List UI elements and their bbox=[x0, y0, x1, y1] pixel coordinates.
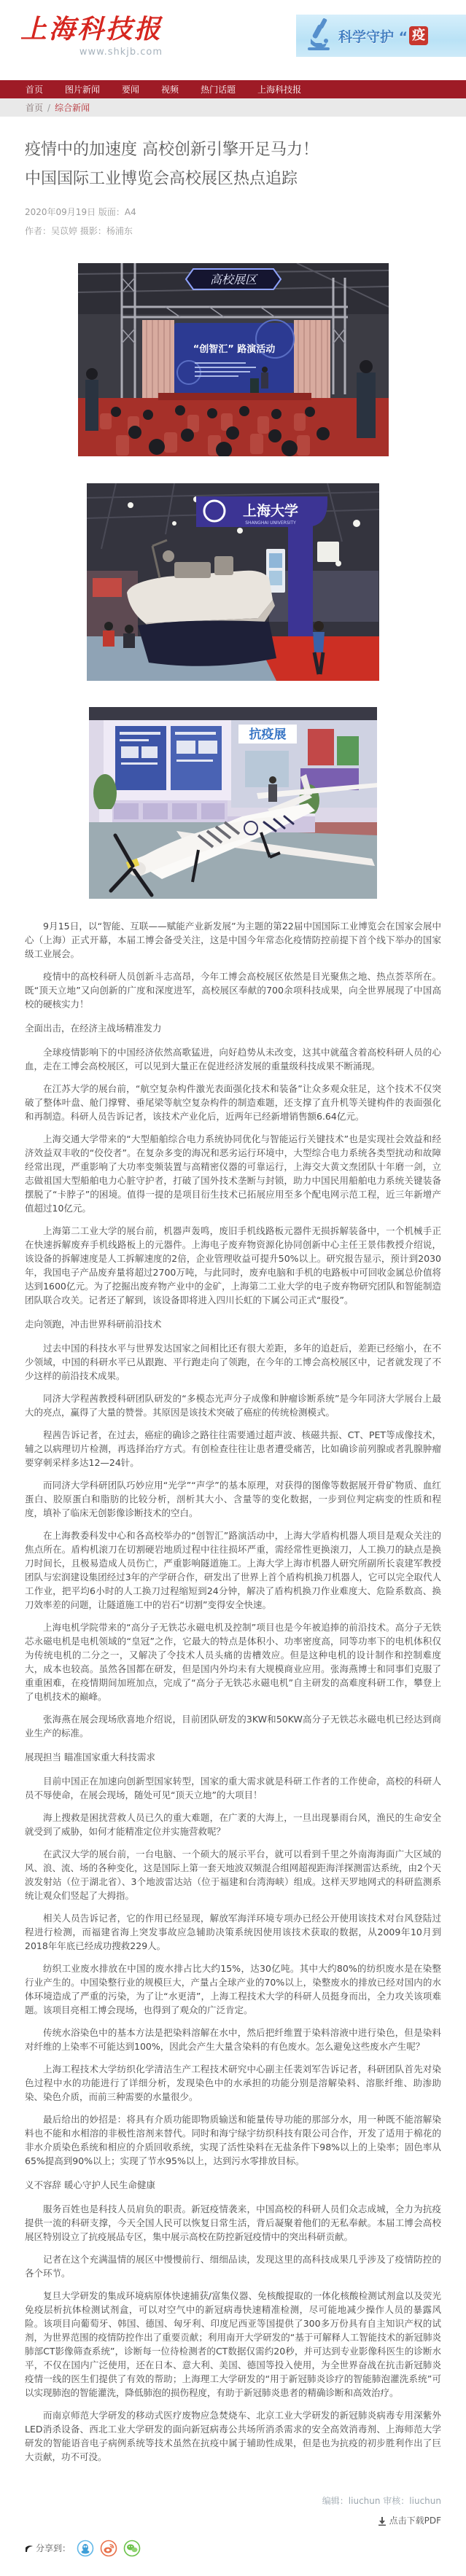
body-paragraph: 复旦大学研发的集成环境病原体快速捕获/富集仪器、免核酸提取的一体化核酸检测试剂盒… bbox=[25, 2289, 441, 2400]
shanghai-university-booth-photo: 上海大学 SHANGHAI UNIVERSITY bbox=[25, 483, 441, 681]
breadcrumb-separator: / bbox=[47, 103, 50, 113]
nav-item-5[interactable]: 上海科技报 bbox=[257, 83, 301, 95]
body-paragraph: 而南京师范大学研发的移动式医疗废物应急焚烧车、北京工业大学研发的新冠肺炎病毒专用… bbox=[25, 2408, 441, 2464]
body-paragraph: 全球疫情影响下的中国经济依然高歌猛进，向好趋势从未改变，这其中就蕴含着高校科研人… bbox=[25, 1045, 441, 1073]
editor-line: 编辑：liuchun 审核：liuchun bbox=[25, 2494, 441, 2507]
section-heading: 全面出击，在经济主战场精准发力 bbox=[25, 1021, 441, 1035]
nav-item-0[interactable]: 首页 bbox=[26, 83, 43, 95]
breadcrumb-current-link[interactable]: 综合新闻 bbox=[55, 101, 90, 114]
article-author-line: 作者：吴苡婷 摄影：杨浦东 bbox=[25, 224, 441, 238]
article-footer: 编辑：liuchun 审核：liuchun 点击下载PDF 分享到： bbox=[0, 2480, 466, 2576]
body-paragraph: 9月15日，以“智能、互联——赋能产业新发展”为主题的第22届中国国际工业博览会… bbox=[25, 919, 441, 961]
breadcrumb: 首页 / 综合新闻 bbox=[0, 98, 466, 117]
article-title-line1: 疫情中的加速度 高校创新引擎开足马力！ bbox=[25, 136, 441, 165]
uav-exhibit-photo: 抗疫展 bbox=[25, 707, 441, 899]
breadcrumb-home-link[interactable]: 首页 bbox=[26, 101, 43, 114]
svg-text:SHANGHAI UNIVERSITY: SHANGHAI UNIVERSITY bbox=[245, 520, 296, 526]
main-nav: 首页图片新闻要闻视频热门话题上海科技报 bbox=[0, 80, 466, 98]
site-header: 上海科技报 www.shkjb.com bbox=[0, 0, 466, 80]
share-arrow-icon bbox=[25, 2544, 34, 2553]
section-heading: 义不容辞 暖心守护人民生命健康 bbox=[25, 2178, 441, 2192]
site-logo-url: www.shkjb.com bbox=[20, 47, 163, 58]
article: 疫情中的加速度 高校创新引擎开足马力！ 中国国际工业博览会高校展区热点追踪 20… bbox=[0, 136, 466, 2480]
banner-text: 科学守护 “ bbox=[338, 26, 408, 46]
share-weibo-icon[interactable] bbox=[100, 2540, 117, 2557]
body-paragraph: 张海燕在展会现场欣喜地介绍说，目前团队研发的3KW和50KW高分子无铁芯永磁电机… bbox=[25, 1712, 441, 1740]
body-paragraph: 服务百姓也是科技人员肩负的职责。新冠疫情袭来，中国高校的科研人员们众志成城，全力… bbox=[25, 2202, 441, 2244]
body-paragraph: 上海交通大学带来的“大型船舶综合电力系统协同优化与智能运行关键技术”也是实现社会… bbox=[25, 1132, 441, 1215]
share-label: 分享到： bbox=[25, 2542, 71, 2554]
body-paragraph: 上海电机学院带来的“高分子无铁芯永磁电机及控制”项目也是今年被追捧的前沿技术。高… bbox=[25, 1620, 441, 1703]
body-paragraph: 海上搜救是困扰营救人员已久的重大难题，在广袤的大海上，一旦出现暴雨台风，渔民的生… bbox=[25, 1811, 441, 1838]
page: 上海科技报 www.shkjb.com bbox=[0, 0, 466, 2576]
article-body: 9月15日，以“智能、互联——赋能产业新发展”为主题的第22届中国国际工业博览会… bbox=[25, 919, 441, 2464]
body-paragraph: 程茜告诉记者，在过去，癌症的确诊之路往往需要通过超声波、核磁共振、CT、PET等… bbox=[25, 1428, 441, 1470]
nav-item-4[interactable]: 热门话题 bbox=[201, 83, 236, 95]
nav-item-1[interactable]: 图片新闻 bbox=[65, 83, 100, 95]
section-heading: 走向领跑，冲击世界科研前沿技术 bbox=[25, 1317, 441, 1331]
microscope-icon bbox=[303, 17, 335, 55]
promo-banner[interactable]: 科学守护 “ 疫 bbox=[296, 15, 466, 57]
nav-item-3[interactable]: 视频 bbox=[161, 83, 179, 95]
svg-text:抗疫展: 抗疫展 bbox=[249, 727, 287, 742]
svg-text:上海大学: 上海大学 bbox=[243, 502, 298, 519]
section-heading: 展现担当 瞄准国家重大科技需求 bbox=[25, 1750, 441, 1764]
body-paragraph: 记者在这个充满温情的展区中慢慢前行、细细品读，发现这里的高科技成果几乎涉及了疫情… bbox=[25, 2252, 441, 2280]
article-date-line: 2020年09月19日 版面：A4 bbox=[25, 205, 441, 219]
share-wechat-icon[interactable] bbox=[123, 2540, 141, 2557]
body-paragraph: 在江苏大学的展台前，“航空复杂构件激光表面强化技术和装备”让众多观众驻足，这个技… bbox=[25, 1082, 441, 1123]
banner-highlight: 疫 bbox=[409, 26, 428, 45]
svg-text:“创智汇” 路演活动: “创智汇” 路演活动 bbox=[193, 343, 275, 355]
body-paragraph: 疫情中的高校科研人员创新斗志高昂，今年工博会高校展区依然是目光聚焦之地、热点荟萃… bbox=[25, 969, 441, 1011]
site-logo-text: 上海科技报 bbox=[20, 13, 163, 45]
svg-text:高校展区: 高校展区 bbox=[209, 273, 257, 286]
body-paragraph: 在武汉大学的展台前，一台电脑、一个硕大的展示平台，就可以看到千里之外南海海面广大… bbox=[25, 1847, 441, 1902]
body-paragraph: 而同济大学科研团队巧妙应用“光学”“声学”的基本原理，对获得的图像等数据展开骨矿… bbox=[25, 1478, 441, 1520]
body-paragraph: 目前中国正在加速向创新型国家转型，国家的重大需求就是科研工作者的工作使命，高校的… bbox=[25, 1774, 441, 1802]
site-logo[interactable]: 上海科技报 www.shkjb.com bbox=[20, 13, 163, 58]
download-icon bbox=[378, 2515, 389, 2526]
body-paragraph: 上海工程技术大学纺织化学清洁生产工程技术研究中心副主任裴刘军告诉记者，科研团队首… bbox=[25, 2062, 441, 2104]
body-paragraph: 相关人员告诉记者，它的作用已经显现，解放军海洋环境专项办已经公开使用该技术对台风… bbox=[25, 1911, 441, 1953]
share-row: 分享到： bbox=[25, 2540, 441, 2557]
body-paragraph: 同济大学程茜教授科研团队研发的“多模态光声分子成像和肿瘤诊断系统”是今年同济大学… bbox=[25, 1392, 441, 1419]
nav-item-2[interactable]: 要闻 bbox=[122, 83, 139, 95]
roadshow-stage-photo: 高校展区 “创智汇” 路演活动 bbox=[25, 263, 441, 456]
body-paragraph: 在上海教委科发中心和各高校举办的“创智汇”路演活动中，上海大学盾构机器人项目是观… bbox=[25, 1529, 441, 1612]
body-paragraph: 传统水浴染色中的基本方法是把染料溶解在水中，然后把纤维置于染料溶液中进行染色，但… bbox=[25, 2026, 441, 2053]
download-pdf-button[interactable]: 点击下载PDF bbox=[25, 2514, 441, 2526]
body-paragraph: 最后给出的妙招是：将具有介质功能即物质输送和能量传导功能的那部分水，用一种既不能… bbox=[25, 2112, 441, 2168]
article-title-line2: 中国国际工业博览会高校展区热点追踪 bbox=[25, 165, 441, 194]
body-paragraph: 过去中国的科技水平与世界发达国家之间相比还有很大差距，多年的追赶后，差距已经缩小… bbox=[25, 1341, 441, 1383]
body-paragraph: 纺织工业废水排放在中国的废水排占比大约15%，达30亿吨。其中大约80%的纺织废… bbox=[25, 1962, 441, 2017]
share-qq-icon[interactable] bbox=[77, 2540, 94, 2557]
body-paragraph: 上海第二工业大学的展台前，机器声轰鸣，废旧手机线路板元器件无损拆解装备中，一个机… bbox=[25, 1224, 441, 1307]
